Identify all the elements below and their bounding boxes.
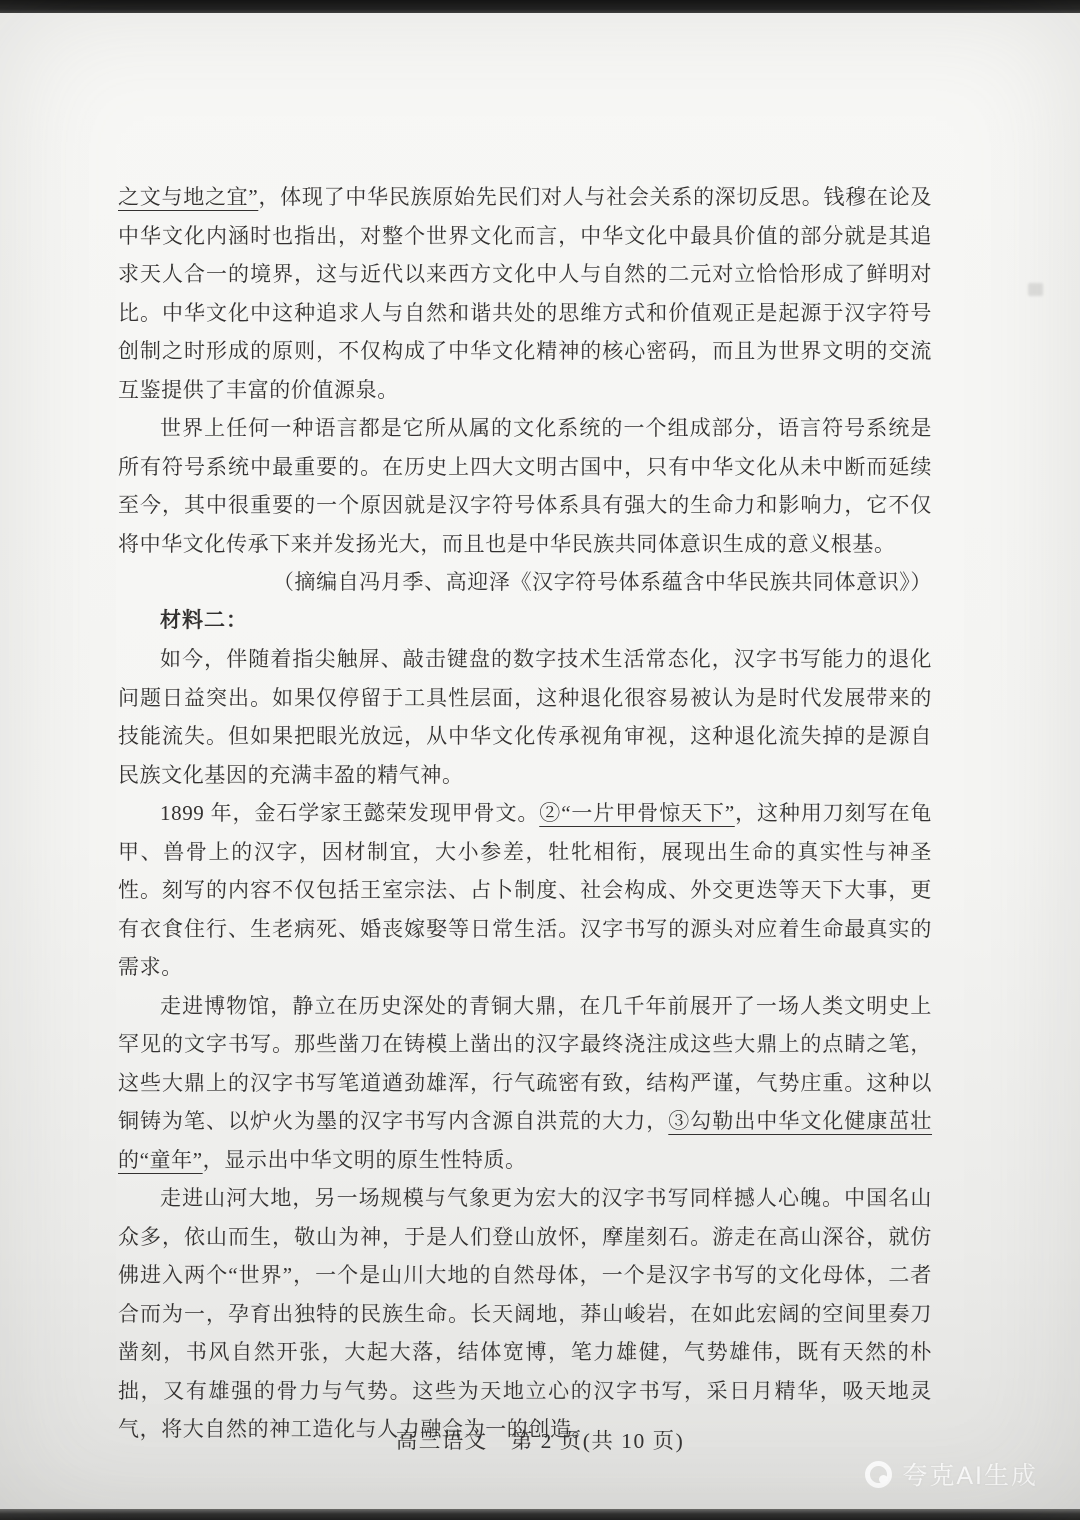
paragraph: 之文与地之宜”，体现了中华民族原始先民们对人与社会关系的深切反思。钱穆在论及中华… <box>118 178 932 409</box>
watermark: 夸克AI生成 <box>865 1456 1038 1492</box>
page-footer: 高三语文 第 2 页(共 10 页) <box>0 1424 1080 1455</box>
paragraph: 走进博物馆，静立在历史深处的青铜大鼎，在几千年前展开了一场人类文明史上罕见的文字… <box>118 987 932 1180</box>
text-segment: 材料二： <box>160 609 248 632</box>
text-segment: 走进山河大地，另一场规模与气象更为宏大的汉字书写同样撼人心魄。中国名山众多，依山… <box>118 1186 932 1441</box>
page-footer-text: 高三语文 第 2 页(共 10 页) <box>396 1429 685 1453</box>
quark-logo-icon <box>865 1461 892 1488</box>
underlined-text: ②“一片甲骨惊天下” <box>539 801 734 825</box>
paragraph: 1899 年，金石学家王懿荣发现甲骨文。②“一片甲骨惊天下”，这种用刀刻写在龟甲… <box>118 794 932 987</box>
source-attribution: （摘编自冯月季、高迎泽《汉字符号体系蕴含中华民族共同体意识》） <box>118 563 932 602</box>
paragraph: 走进山河大地，另一场规模与气象更为宏大的汉字书写同样撼人心魄。中国名山众多，依山… <box>118 1179 932 1449</box>
scanned-exam-page: 之文与地之宜”，体现了中华民族原始先民们对人与社会关系的深切反思。钱穆在论及中华… <box>0 0 1080 1520</box>
text-segment: ，显示出中华文明的原生性特质。 <box>203 1148 527 1172</box>
paragraph: 如今，伴随着指尖触屏、敲击键盘的数字技术生活常态化，汉字书写能力的退化问题日益突… <box>118 640 932 794</box>
text-segment: ，这种用刀刻写在龟甲、兽骨上的汉字，因材制宜，大小参差，牡牝相衔，展现出生命的真… <box>118 801 932 979</box>
scan-edge-top <box>0 0 1080 13</box>
ink-bleed-smudge <box>1028 283 1043 296</box>
text-segment: 世界上任何一种语言都是它所从属的文化系统的一个组成部分，语言符号系统是所有符号系… <box>118 416 932 556</box>
text-segment: 如今，伴随着指尖触屏、敲击键盘的数字技术生活常态化，汉字书写能力的退化问题日益突… <box>118 647 932 787</box>
document-body: 之文与地之宜”，体现了中华民族原始先民们对人与社会关系的深切反思。钱穆在论及中华… <box>118 178 932 1449</box>
scan-edge-bottom <box>0 1509 1080 1520</box>
text-segment: 1899 年，金石学家王懿荣发现甲骨文。 <box>160 801 539 825</box>
text-segment: （摘编自冯月季、高迎泽《汉字符号体系蕴含中华民族共同体意识》） <box>273 570 932 594</box>
material-heading: 材料二： <box>118 602 932 641</box>
text-segment: ，体现了中华民族原始先民们对人与社会关系的深切反思。钱穆在论及中华文化内涵时也指… <box>118 185 932 402</box>
paragraph: 世界上任何一种语言都是它所从属的文化系统的一个组成部分，语言符号系统是所有符号系… <box>118 409 932 563</box>
underlined-text: 之文与地之宜” <box>118 185 258 209</box>
watermark-text: 夸克AI生成 <box>902 1456 1038 1492</box>
